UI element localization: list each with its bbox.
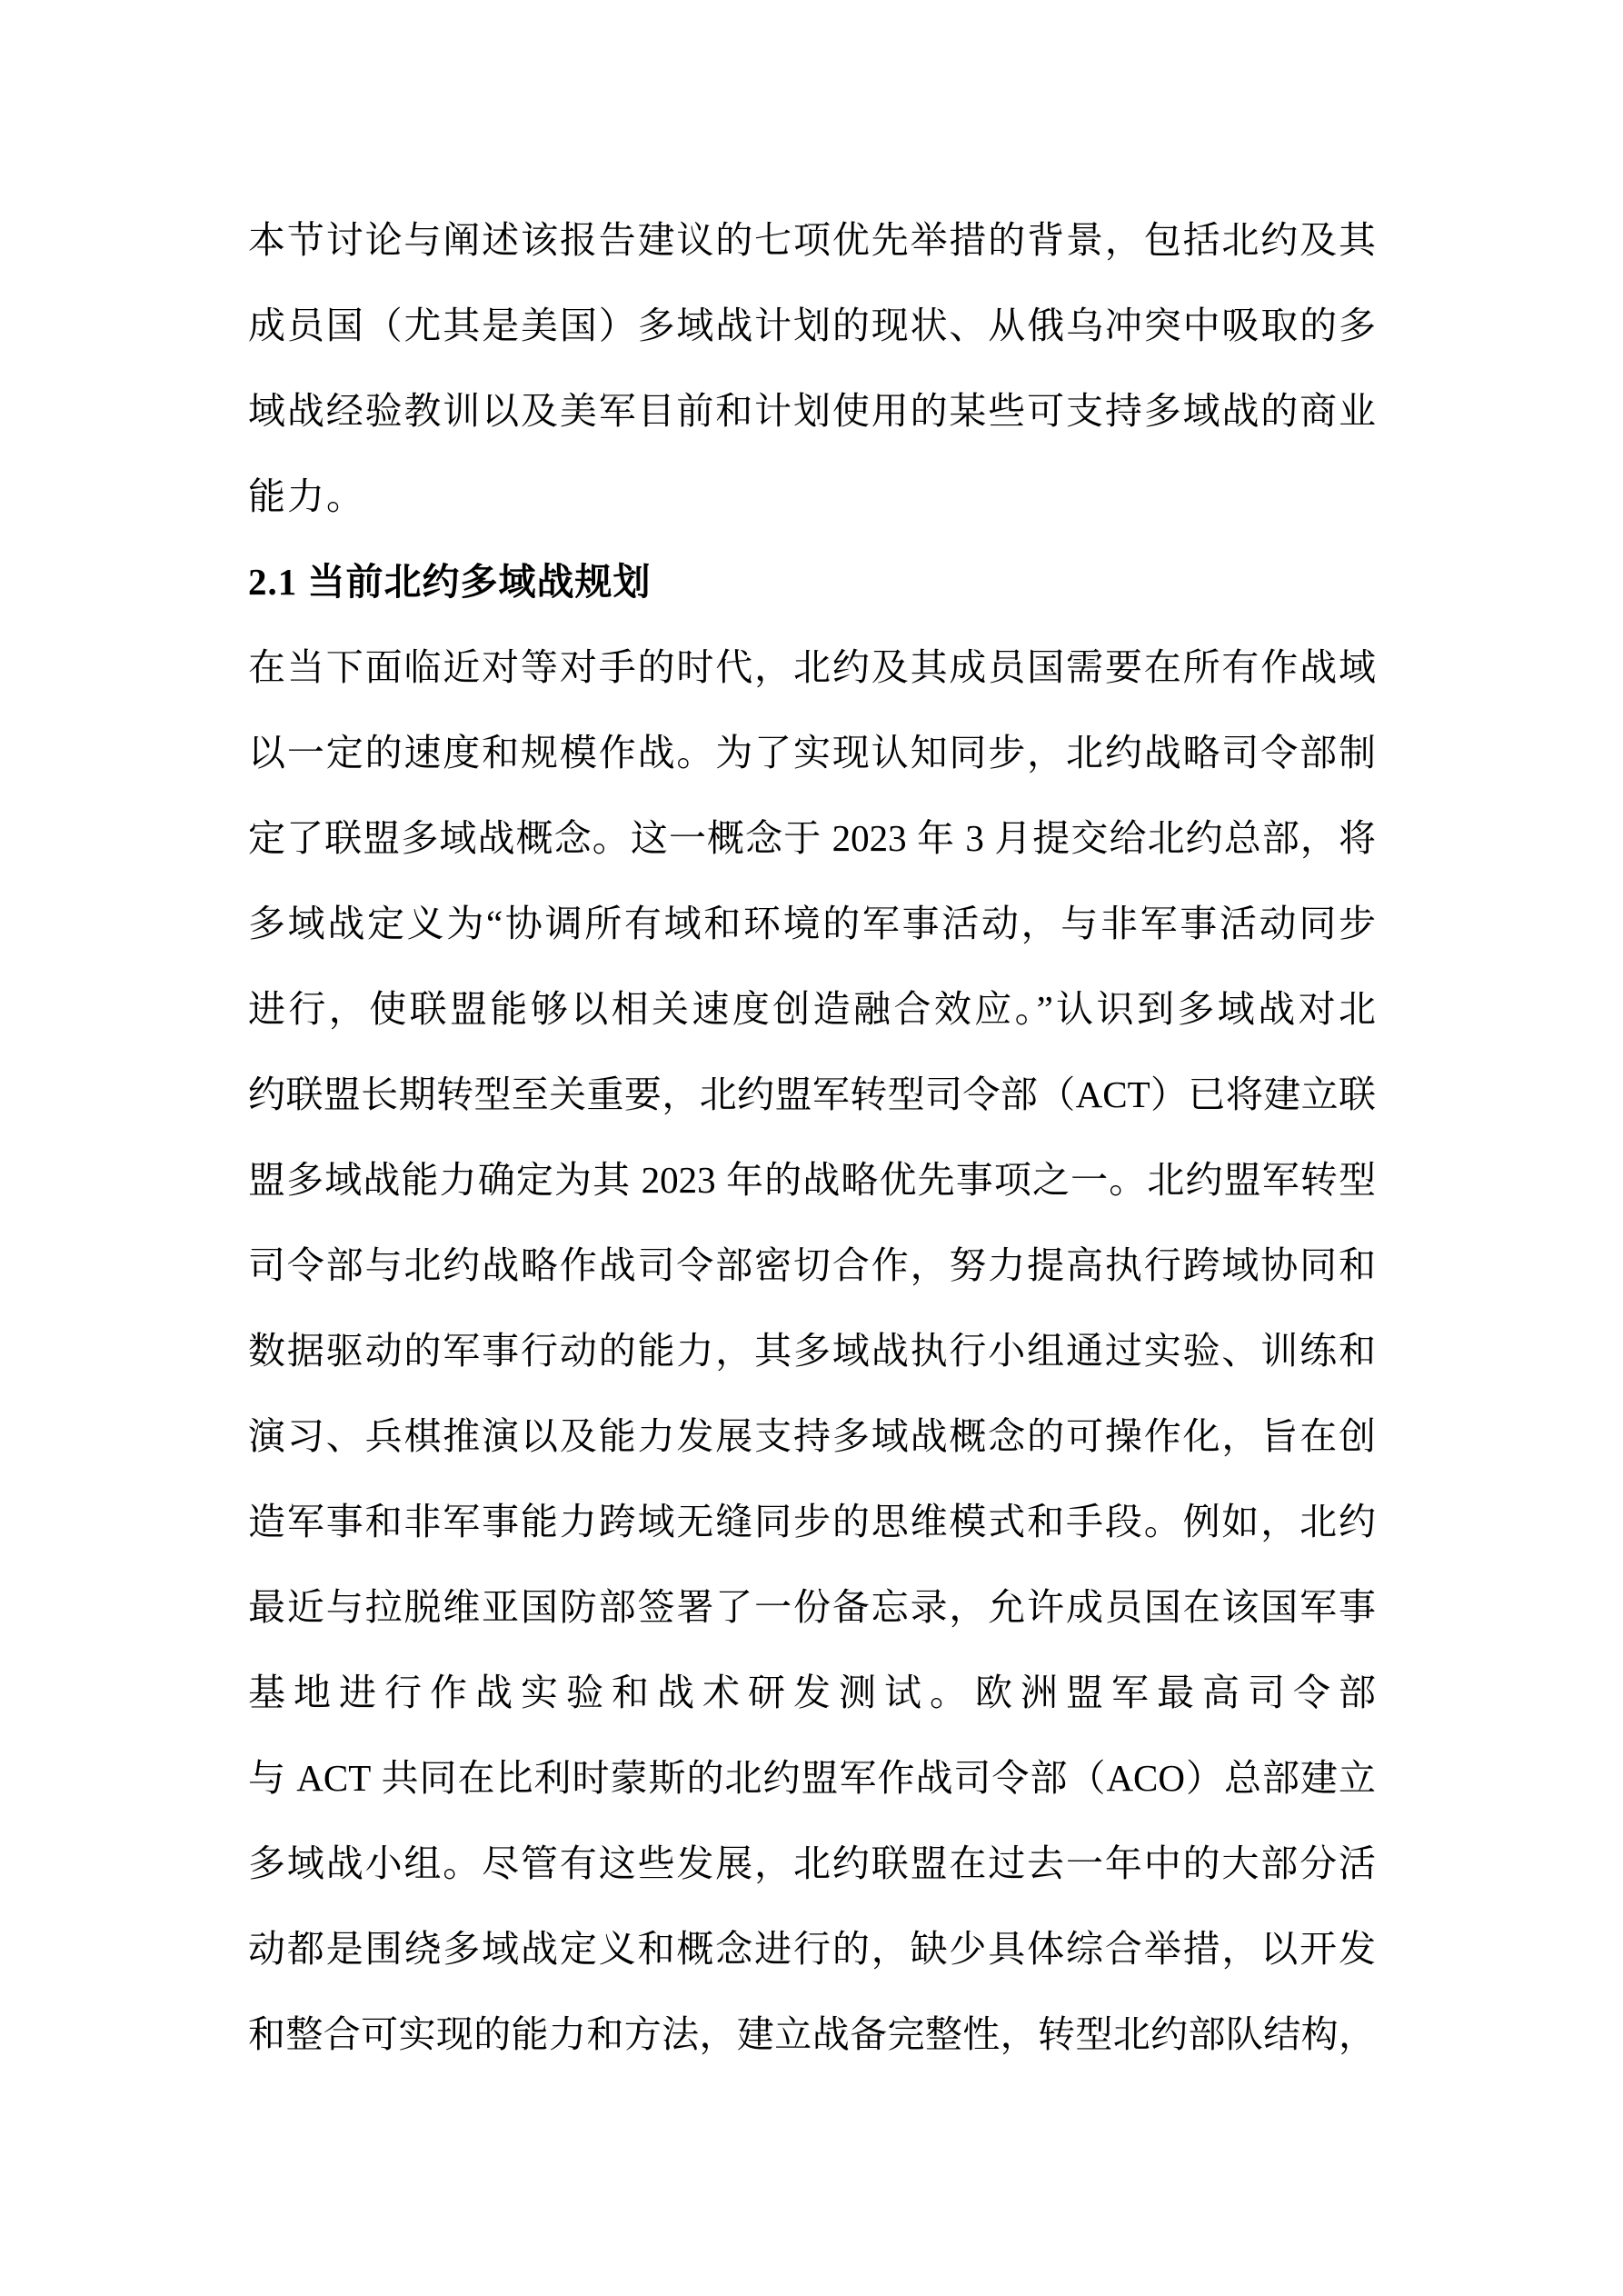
paragraph-2-line: 造军事和非军事能力跨域无缝同步的思维模式和手段。例如，北约: [248, 1479, 1376, 1564]
paragraph-2-line: 以一定的速度和规模作战。为了实现认知同步，北约战略司令部制: [248, 710, 1376, 795]
paragraph-1-line: 成员国（尤其是美国）多域战计划的现状、从俄乌冲突中吸取的多: [248, 283, 1376, 368]
paragraph-1-line: 能力。: [248, 454, 1376, 539]
document-page: 本节讨论与阐述该报告建议的七项优先举措的背景，包括北约及其 成员国（尤其是美国）…: [0, 0, 1623, 2296]
paragraph-2-line: 多域战定义为“协调所有域和环境的军事活动，与非军事活动同步: [248, 881, 1376, 966]
paragraph-1-line: 域战经验教训以及美军目前和计划使用的某些可支持多域战的商业: [248, 368, 1376, 454]
paragraph-2-line: 约联盟长期转型至关重要，北约盟军转型司令部（ACT）已将建立联: [248, 1052, 1376, 1137]
paragraph-2-line: 司令部与北约战略作战司令部密切合作，努力提高执行跨域协同和: [248, 1223, 1376, 1308]
paragraph-1-line: 本节讨论与阐述该报告建议的七项优先举措的背景，包括北约及其: [248, 197, 1376, 283]
paragraph-2-line: 数据驱动的军事行动的能力，其多域战执行小组通过实验、训练和: [248, 1308, 1376, 1393]
paragraph-2-line: 定了联盟多域战概念。这一概念于 2023 年 3 月提交给北约总部，将: [248, 795, 1376, 881]
section-heading: 2.1 当前北约多域战规划: [248, 539, 1376, 624]
paragraph-2-line: 多域战小组。尽管有这些发展，北约联盟在过去一年中的大部分活: [248, 1821, 1376, 1906]
paragraph-2-line: 进行，使联盟能够以相关速度创造融合效应。”认识到多域战对北: [248, 966, 1376, 1052]
paragraph-2-line: 动都是围绕多域战定义和概念进行的，缺少具体综合举措，以开发: [248, 1906, 1376, 1992]
paragraph-2-line: 盟多域战能力确定为其 2023 年的战略优先事项之一。北约盟军转型: [248, 1137, 1376, 1223]
paragraph-2-line: 演习、兵棋推演以及能力发展支持多域战概念的可操作化，旨在创: [248, 1393, 1376, 1479]
paragraph-2-line: 最近与拉脱维亚国防部签署了一份备忘录，允许成员国在该国军事: [248, 1564, 1376, 1650]
document-content: 本节讨论与阐述该报告建议的七项优先举措的背景，包括北约及其 成员国（尤其是美国）…: [248, 197, 1376, 2077]
paragraph-2-line: 和整合可实现的能力和方法，建立战备完整性，转型北约部队结构，: [248, 1992, 1376, 2077]
paragraph-2-line: 与 ACT 共同在比利时蒙斯的北约盟军作战司令部（ACO）总部建立了: [248, 1735, 1376, 1821]
paragraph-2-line: 在当下面临近对等对手的时代，北约及其成员国需要在所有作战域: [248, 624, 1376, 710]
paragraph-2-line: 基地进行作战实验和战术研发测试。欧洲盟军最高司令部（SACEUR）: [248, 1650, 1376, 1735]
